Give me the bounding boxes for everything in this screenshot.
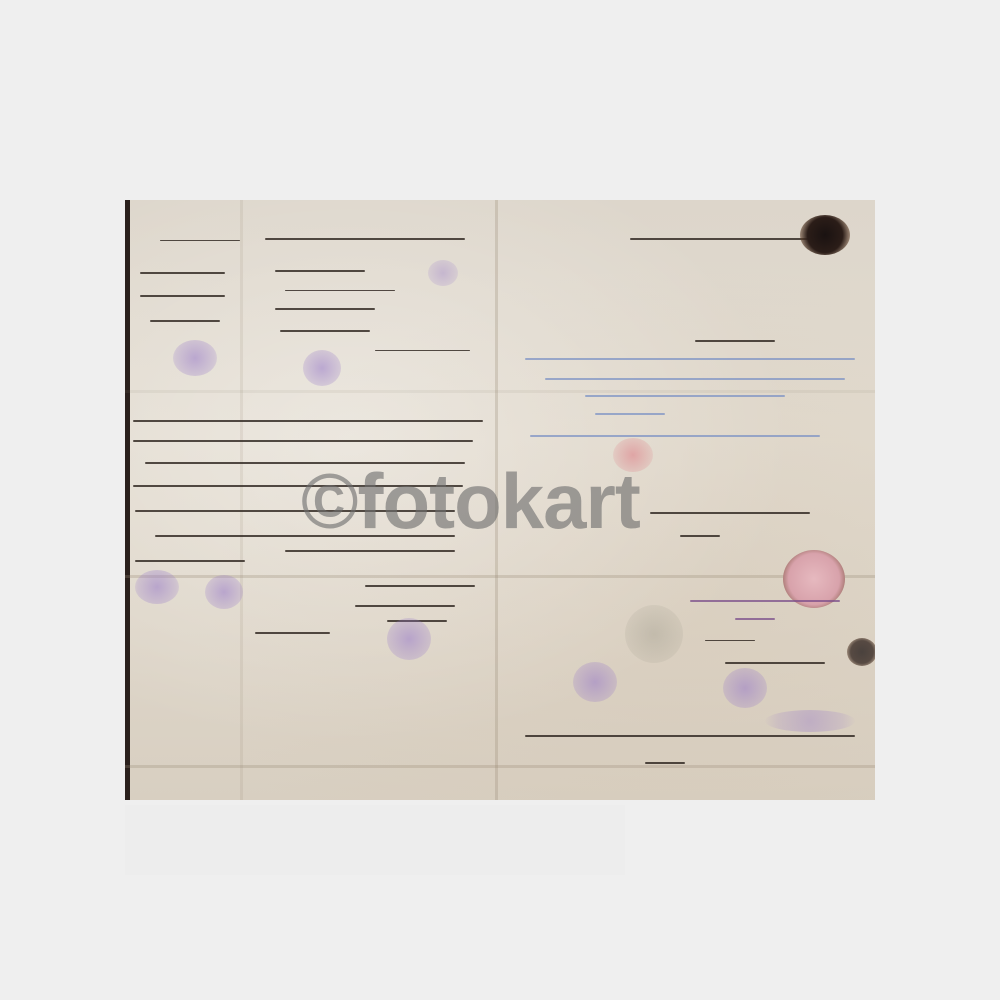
burn-mark — [847, 638, 875, 666]
paper-fold-vertical — [240, 200, 243, 800]
purple-stamp-smear — [765, 710, 855, 732]
handwriting-middle-right — [650, 512, 810, 514]
purple-stamp — [723, 668, 767, 708]
document-photo: ©fotokart — [125, 200, 875, 800]
purple-stamp — [173, 340, 217, 376]
page-canvas: ©fotokart — [0, 0, 1000, 1000]
handwriting-top-right — [630, 238, 810, 240]
watermark: ©fotokart — [301, 462, 640, 540]
purple-stamp — [387, 618, 431, 660]
caption-area — [125, 805, 625, 875]
document-edge-shadow — [125, 200, 130, 800]
purple-stamp — [205, 575, 243, 609]
paper-fold-horizontal — [125, 575, 875, 578]
purple-stamp — [303, 350, 341, 386]
signature-mark — [680, 535, 720, 537]
purple-stamp — [135, 570, 179, 604]
burn-hole — [800, 215, 850, 255]
purple-stamp — [573, 662, 617, 702]
purple-stamp — [428, 260, 458, 286]
paper-fold-horizontal — [125, 765, 875, 768]
faded-stamp — [625, 605, 683, 663]
paper-fold-horizontal — [125, 390, 875, 393]
